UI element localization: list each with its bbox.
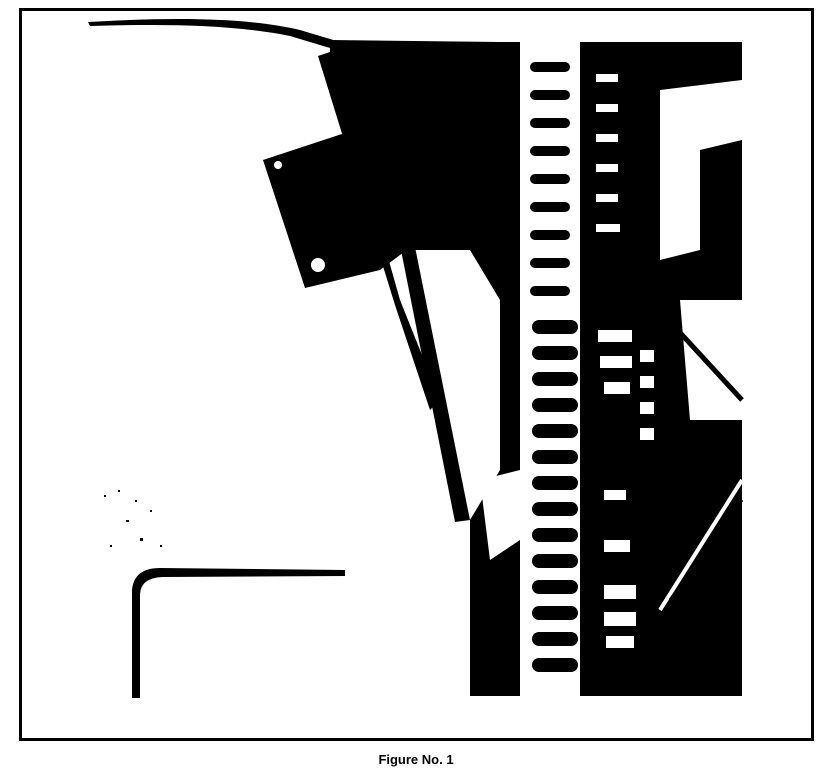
figure-caption: Figure No. 1 bbox=[0, 752, 832, 767]
figure-photo bbox=[0, 0, 832, 784]
